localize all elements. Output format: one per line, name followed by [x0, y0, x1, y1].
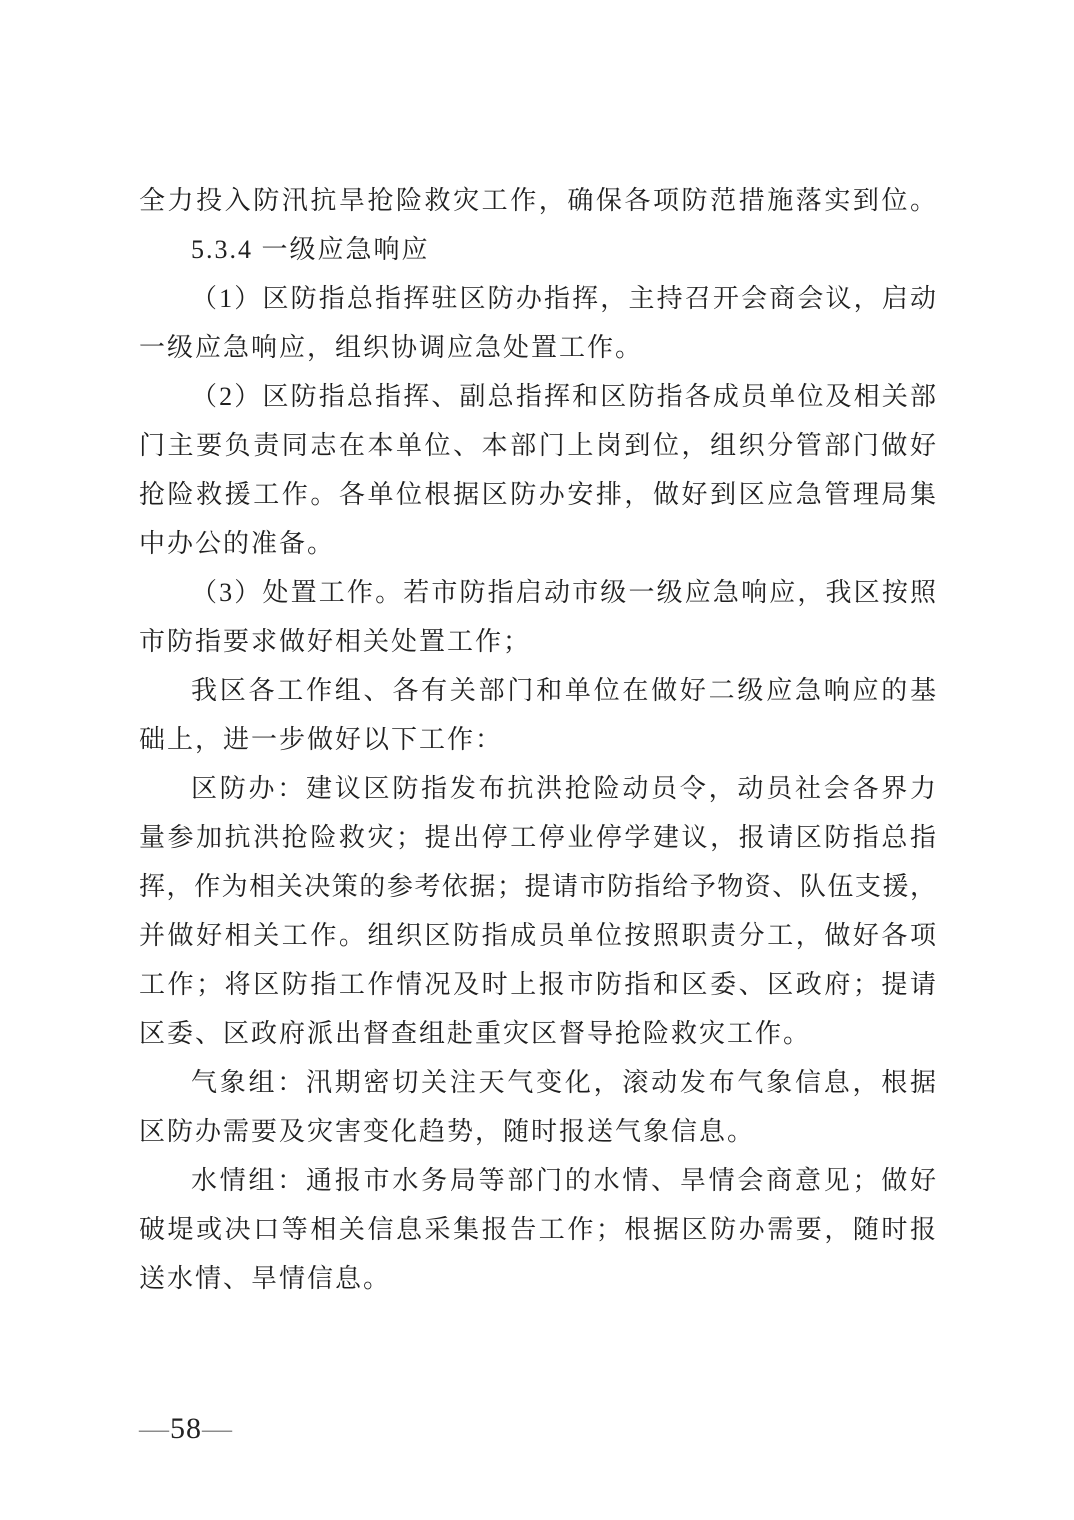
- text-line: 础上，进一步做好以下工作：: [139, 715, 936, 764]
- text-line: （3）处置工作。若市防指启动市级一级应急响应，我区按照: [139, 568, 936, 617]
- text-line: 水情组：通报市水务局等部门的水情、旱情会商意见；做好: [139, 1156, 936, 1205]
- section-heading: 5.3.4 一级应急响应: [139, 225, 936, 274]
- text-line: 破堤或决口等相关信息采集报告工作；根据区防办需要，随时报: [139, 1205, 936, 1254]
- text-line: 区防办：建议区防指发布抗洪抢险动员令，动员社会各界力: [139, 764, 936, 813]
- text-line: 市防指要求做好相关处置工作；: [139, 617, 936, 666]
- text-line: 工作；将区防指工作情况及时上报市防指和区委、区政府；提请: [139, 960, 936, 1009]
- text-line: 挥，作为相关决策的参考依据；提请市防指给予物资、队伍支援，: [139, 862, 936, 911]
- text-line: 区委、区政府派出督查组赴重灾区督导抢险救灾工作。: [139, 1009, 936, 1058]
- text-line: （1）区防指总指挥驻区防办指挥，主持召开会商会议，启动: [139, 274, 936, 323]
- text-line: 区防办需要及灾害变化趋势，随时报送气象信息。: [139, 1107, 936, 1156]
- text-line: 我区各工作组、各有关部门和单位在做好二级应急响应的基: [139, 666, 936, 715]
- page-number: 58: [170, 1412, 202, 1445]
- text-line: 门主要负责同志在本单位、本部门上岗到位，组织分管部门做好: [139, 421, 936, 470]
- text-line: 全力投入防汛抗旱抢险救灾工作，确保各项防范措施落实到位。: [139, 176, 936, 225]
- footer-dash-left: —: [139, 1412, 170, 1445]
- text-line: 抢险救援工作。各单位根据区防办安排，做好到区应急管理局集: [139, 470, 936, 519]
- text-line: 气象组：汛期密切关注天气变化，滚动发布气象信息，根据: [139, 1058, 936, 1107]
- text-line: 一级应急响应，组织协调应急处置工作。: [139, 323, 936, 372]
- document-page: 全力投入防汛抗旱抢险救灾工作，确保各项防范措施落实到位。 5.3.4 一级应急响…: [0, 0, 1074, 1520]
- document-body: 全力投入防汛抗旱抢险救灾工作，确保各项防范措施落实到位。 5.3.4 一级应急响…: [139, 176, 936, 1303]
- text-line: （2）区防指总指挥、副总指挥和区防指各成员单位及相关部: [139, 372, 936, 421]
- page-footer: —58—: [139, 1412, 233, 1446]
- text-line: 送水情、旱情信息。: [139, 1254, 936, 1303]
- footer-dash-right: —: [202, 1412, 233, 1445]
- text-line: 并做好相关工作。组织区防指成员单位按照职责分工，做好各项: [139, 911, 936, 960]
- text-line: 量参加抗洪抢险救灾；提出停工停业停学建议，报请区防指总指: [139, 813, 936, 862]
- text-line: 中办公的准备。: [139, 519, 936, 568]
